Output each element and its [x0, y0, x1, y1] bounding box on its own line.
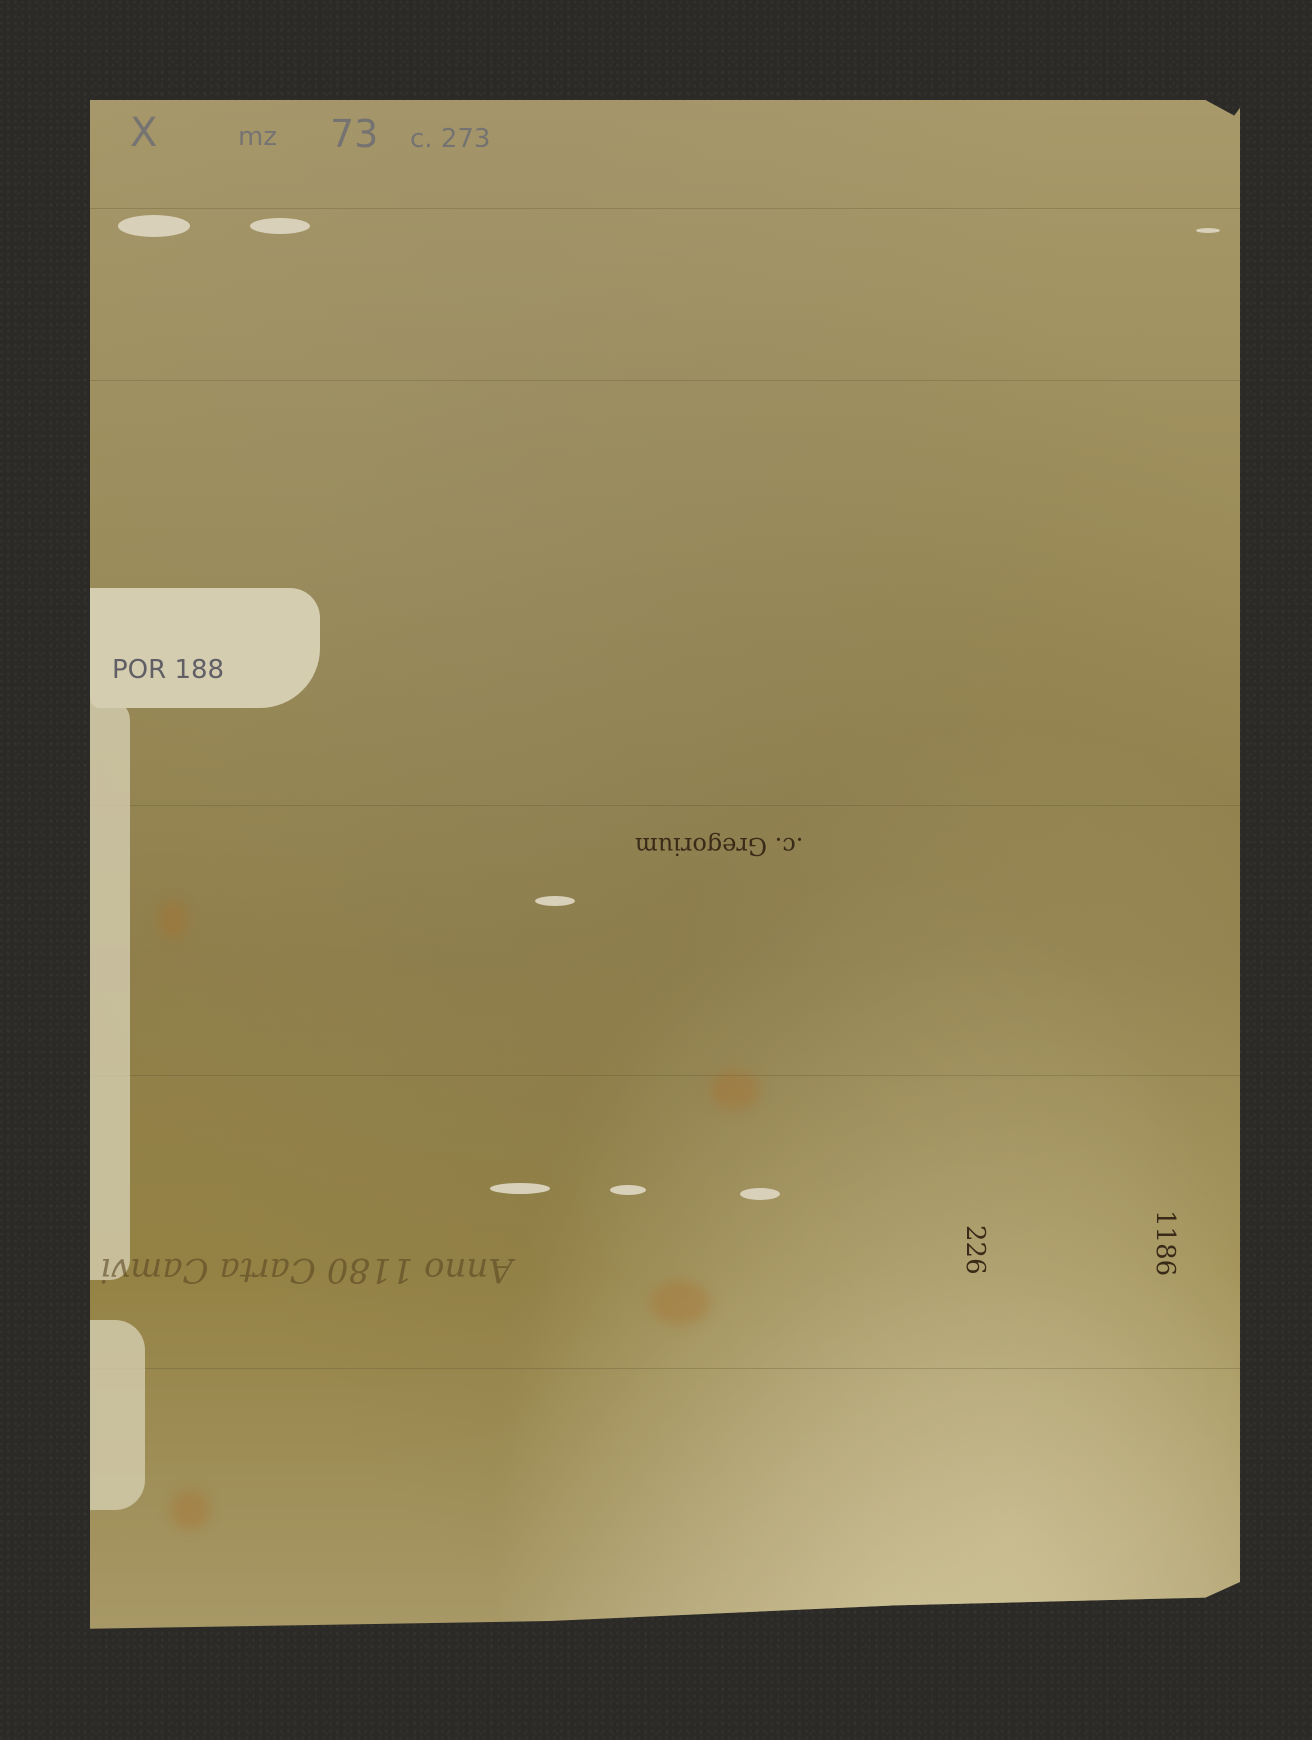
paper-repair [90, 588, 320, 708]
pencil-ref: c. 273 [410, 124, 490, 154]
pencil-number: 73 [330, 112, 378, 156]
fold-line [90, 1368, 1240, 1369]
fold-line [90, 1075, 1240, 1076]
pencil-abbr: mz [238, 122, 277, 152]
fold-hole [118, 215, 190, 237]
archive-number-226: 226 [960, 1225, 990, 1275]
center-endorsement: .c. Gregorium [635, 832, 803, 860]
stain [650, 1280, 710, 1325]
stain [710, 1070, 760, 1110]
pencil-mark-x: X [130, 110, 157, 156]
fold-hole [610, 1185, 646, 1195]
parchment-sheet: X mz 73 c. 273 POR 188 .c. Gregorium Ann… [90, 100, 1240, 1660]
paper-repair [90, 700, 130, 1280]
stain [170, 1490, 210, 1530]
fold-hole [535, 896, 575, 906]
paper-repair [90, 1320, 145, 1510]
fold-line [90, 380, 1240, 381]
fold-line [90, 805, 1240, 806]
fold-hole [250, 218, 310, 234]
repair-label: POR 188 [112, 655, 224, 685]
fold-hole [740, 1188, 780, 1200]
fold-hole [1196, 228, 1220, 233]
bottom-endorsement: Anno 1180 Carta Camvi [100, 1250, 513, 1290]
archive-number-1186: 1186 [1150, 1210, 1180, 1276]
fold-hole [490, 1183, 550, 1194]
fold-line [90, 208, 1240, 209]
stain [158, 900, 188, 940]
